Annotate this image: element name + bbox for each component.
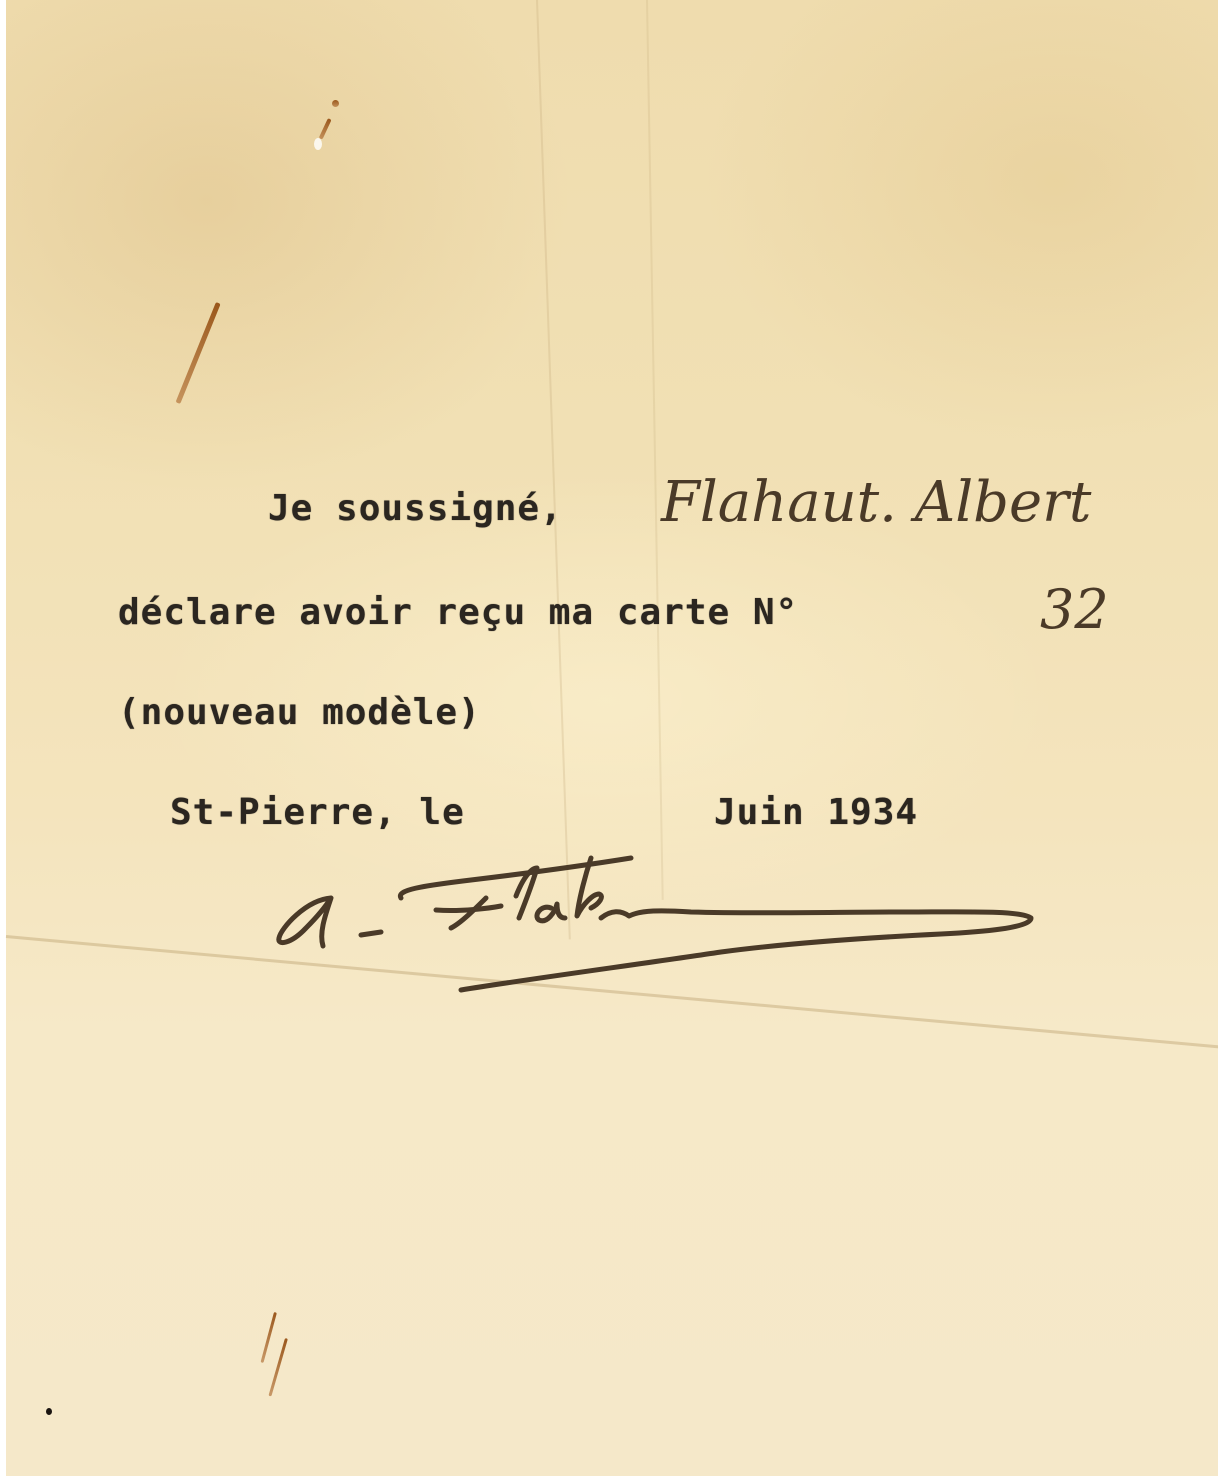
- rust-stain-icon: [319, 118, 332, 140]
- paper-crease: [536, 0, 571, 939]
- rust-stain-icon: [176, 302, 221, 404]
- typed-place: St-Pierre, le: [170, 792, 465, 833]
- rust-stain-icon: [268, 1338, 287, 1397]
- handwritten-name: Flahaut. Albert: [661, 470, 1091, 535]
- typed-line-declarant: Je soussigné,: [268, 488, 563, 529]
- ink-dot: [46, 1408, 52, 1415]
- pin-hole-mark: [314, 138, 322, 150]
- typed-line-declaration: déclare avoir reçu ma carte N°: [118, 592, 798, 633]
- handwritten-card-number: 32: [1040, 578, 1109, 641]
- typed-line-model: (nouveau modèle): [118, 692, 481, 733]
- paper-crease: [646, 0, 664, 900]
- typed-date: Juin 1934: [714, 792, 918, 833]
- document-page: Je soussigné, Flahaut. Albert déclare av…: [6, 0, 1218, 1476]
- rust-stain-icon: [332, 100, 339, 107]
- rust-stain-icon: [261, 1312, 277, 1363]
- signature-icon: [261, 838, 1061, 1013]
